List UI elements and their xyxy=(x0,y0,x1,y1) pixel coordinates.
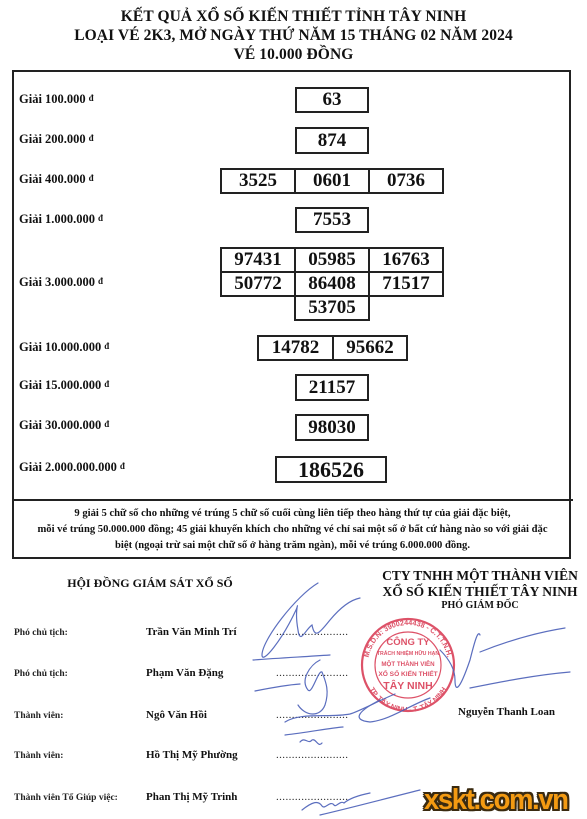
member-role: Thành viên: xyxy=(14,711,63,721)
signature-line: ....................... xyxy=(276,791,348,803)
prize-3m-row-1: 97431 05985 16763 xyxy=(220,247,444,273)
prize-10m-row: 14782 95662 xyxy=(257,335,408,361)
signature-line: ....................... xyxy=(276,626,348,638)
prize-3m-number: 05985 xyxy=(294,247,370,273)
note-line: mỗi vé trúng 50.000.000 đồng; 45 giải kh… xyxy=(14,522,571,538)
prize-10m-number: 95662 xyxy=(332,335,408,361)
svg-text:M.S.D.N: 3900244438 - C.T.T.N.: M.S.D.N: 3900244438 - C.T.T.N.H. xyxy=(362,618,454,658)
member-role: Phó chủ tịch: xyxy=(14,628,68,638)
prize-3m-number: 53705 xyxy=(294,295,370,321)
prize-1m-number: 7553 xyxy=(295,207,369,233)
council-title: HỘI ĐỒNG GIÁM SÁT XỔ SỐ xyxy=(0,576,300,591)
prize-label-200k: Giải 200.000đ xyxy=(19,132,94,147)
member-name: Phạm Văn Đặng xyxy=(146,667,223,679)
director-title: PHÓ GIÁM ĐỐC xyxy=(370,600,587,611)
document-title: KẾT QUẢ XỔ SỐ KIẾN THIẾT TỈNH TÂY NINH xyxy=(0,8,587,26)
prize-3m-row-3: 53705 xyxy=(294,295,370,321)
company-name-line2: XỔ SỐ KIẾN THIẾT TÂY NINH xyxy=(370,584,587,600)
special-prize-number: 186526 xyxy=(275,456,387,483)
member-name: Phan Thị Mỹ Trinh xyxy=(146,791,237,803)
prize-label-30m: Giải 30.000.000đ xyxy=(19,418,109,433)
prize-label-1m: Giải 1.000.000đ xyxy=(19,212,103,227)
divider xyxy=(12,499,573,501)
svg-text:TRÁCH NHIỆM HỮU HẠN: TRÁCH NHIỆM HỮU HẠN xyxy=(377,649,439,657)
prize-label-special: Giải 2.000.000.000đ xyxy=(19,460,125,475)
prize-label-15m: Giải 15.000.000đ xyxy=(19,378,109,393)
prize-400k-number: 0601 xyxy=(294,168,370,194)
signature-icon xyxy=(253,583,570,815)
svg-text:XỔ SỐ KIẾN THIẾT: XỔ SỐ KIẾN THIẾT xyxy=(378,668,437,678)
prize-label-100k: Giải 100.000đ xyxy=(19,92,94,107)
prize-10m-number: 14782 xyxy=(257,335,334,361)
svg-text:CÔNG TY: CÔNG TY xyxy=(386,636,430,648)
signature-line: ....................... xyxy=(276,749,348,761)
prize-label-10m: Giải 10.000.000đ xyxy=(19,340,109,355)
prize-3m-number: 86408 xyxy=(294,271,370,297)
member-name: Trần Văn Minh Trí xyxy=(146,626,237,638)
prize-30m-number: 98030 xyxy=(295,414,369,441)
watermark-logo: xskt.com.vn xyxy=(424,784,568,817)
prize-note: 9 giải 5 chữ số cho những vé trúng 5 chữ… xyxy=(14,506,571,554)
prize-label-3m: Giải 3.000.000đ xyxy=(19,275,103,290)
ticket-price: VÉ 10.000 ĐỒNG xyxy=(0,46,587,64)
prize-label-400k: Giải 400.000đ xyxy=(19,172,94,187)
svg-text:TP. TÂY NINH - T. TÂY NINH: TP. TÂY NINH - T. TÂY NINH xyxy=(368,685,449,714)
prize-200k-number: 874 xyxy=(295,127,369,154)
prize-400k-number: 0736 xyxy=(368,168,444,194)
results-table xyxy=(12,70,571,559)
prize-100k-number: 63 xyxy=(295,87,369,113)
signature-line: ....................... xyxy=(276,709,348,721)
company-name-line1: CTY TNHH MỘT THÀNH VIÊN xyxy=(370,568,587,584)
prize-3m-number: 97431 xyxy=(220,247,296,273)
prize-3m-number: 71517 xyxy=(368,271,444,297)
company-stamp-icon: M.S.D.N: 3900244438 - C.T.T.N.H. TP. TÂY… xyxy=(362,618,454,714)
member-name: Ngô Văn Hồi xyxy=(146,709,207,721)
member-role: Thành viên: xyxy=(14,751,63,761)
prize-15m-number: 21157 xyxy=(295,374,369,401)
prize-3m-row-2: 50772 86408 71517 xyxy=(220,271,444,297)
member-role: Thành viên Tổ Giúp việc: xyxy=(14,793,118,803)
svg-text:TÂY NINH: TÂY NINH xyxy=(383,679,432,692)
director-name: Nguyễn Thanh Loan xyxy=(458,706,555,718)
prize-400k-number: 3525 xyxy=(220,168,296,194)
prize-3m-number: 50772 xyxy=(220,271,296,297)
member-name: Hồ Thị Mỹ Phường xyxy=(146,749,238,761)
svg-text:MỘT THÀNH VIÊN: MỘT THÀNH VIÊN xyxy=(381,660,435,668)
signature-line: ....................... xyxy=(276,667,348,679)
draw-info: LOẠI VÉ 2K3, MỞ NGÀY THỨ NĂM 15 THÁNG 02… xyxy=(0,27,587,45)
note-line: biệt (ngoại trừ sai một chữ số ở hàng tr… xyxy=(14,538,571,554)
prize-400k-row: 3525 0601 0736 xyxy=(220,168,444,194)
note-line: 9 giải 5 chữ số cho những vé trúng 5 chữ… xyxy=(14,506,571,522)
prize-3m-number: 16763 xyxy=(368,247,444,273)
member-role: Phó chủ tịch: xyxy=(14,669,68,679)
